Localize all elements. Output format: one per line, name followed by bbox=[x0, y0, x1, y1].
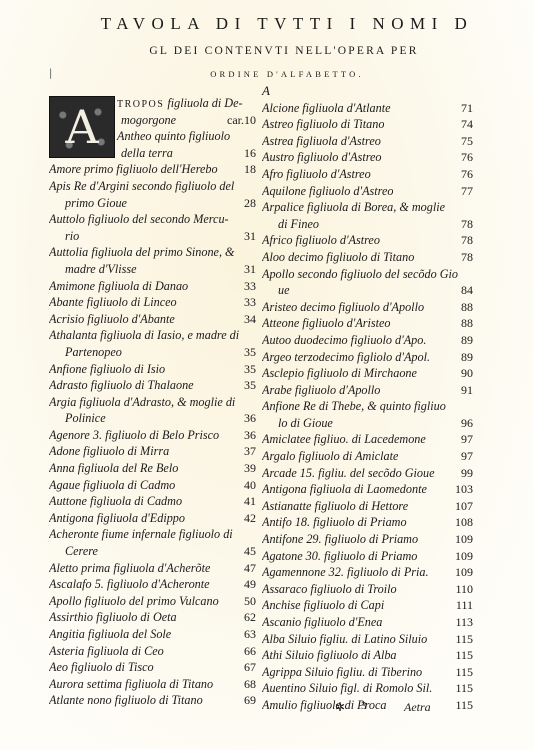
page-reference: 78 bbox=[457, 249, 473, 266]
index-entry: Agrippa Siluio figliu. di Tiberino115 bbox=[262, 664, 473, 681]
entry-text: Anfione figliuolo di Isio bbox=[49, 361, 165, 378]
page-reference: 115 bbox=[451, 647, 473, 664]
entry-text: Ascalafo 5. figliuolo d'Acheronte bbox=[49, 576, 210, 593]
entry-text: Alcione figliuola d'Atlante bbox=[262, 100, 391, 117]
page-reference: 77 bbox=[457, 183, 473, 200]
page-reference: 103 bbox=[451, 481, 473, 498]
index-entry: Atlante nono figliuolo di Titano69 bbox=[49, 692, 256, 709]
index-entry: Aristeo decimo figliuolo d'Apollo88 bbox=[262, 299, 473, 316]
margin-mark: | bbox=[49, 68, 52, 79]
index-entry: Assirthio figliuolo di Oeta62 bbox=[49, 609, 256, 626]
index-entry: Afro figliuolo d'Astreo76 bbox=[262, 166, 473, 183]
page-reference: 66 bbox=[240, 643, 256, 660]
index-entry-continuation: Cerere45 bbox=[49, 543, 256, 560]
entry-text: Astrea figliuola d'Astreo bbox=[262, 133, 381, 150]
index-entry: Atteone figliuolo d'Aristeo88 bbox=[262, 315, 473, 332]
page-reference: 91 bbox=[457, 382, 473, 399]
index-entry: Anna figliuola del Re Belo39 bbox=[49, 460, 256, 477]
page-reference: 35 bbox=[240, 377, 256, 394]
page-reference: 89 bbox=[457, 349, 473, 366]
entry-text: Astreo figliuolo di Titano bbox=[262, 116, 384, 133]
entry-text: Atlante nono figliuolo di Titano bbox=[49, 692, 203, 709]
page-reference: 115 bbox=[451, 697, 473, 714]
entry-text: Arpalice figliuola di Borea, & moglie bbox=[262, 199, 445, 216]
index-entry-continuation: della terra16 bbox=[113, 145, 256, 162]
entry-text: Apis Re d'Argini secondo figliuolo del bbox=[49, 178, 234, 195]
entry-text: lo di Gioue bbox=[262, 415, 333, 432]
page-reference: 45 bbox=[240, 543, 256, 560]
index-entry-continuation: Partenopeo35 bbox=[49, 344, 256, 361]
entry-text: Aletto prima figliuola d'Acherõte bbox=[49, 560, 210, 577]
entry-text: Asclepio figliuolo di Mirchaone bbox=[262, 365, 417, 382]
book-page: TAVOLA DI TVTTI I NOMI D GL DEI CONTENVT… bbox=[0, 0, 534, 750]
index-entry: Agaue figliuola di Cadmo40 bbox=[49, 477, 256, 494]
entry-text: Argeo terzodecimo figliolo d'Apol. bbox=[262, 349, 430, 366]
page-reference: 109 bbox=[451, 548, 473, 565]
entry-text: Polinice bbox=[49, 410, 106, 427]
page-reference: 67 bbox=[240, 659, 256, 676]
entry-text: Assirthio figliuolo di Oeta bbox=[49, 609, 177, 626]
dropcap-block: A TROPOS figliuola di De-mogorgonecar.10… bbox=[49, 95, 256, 161]
entry-text: Auttolia figliuola del primo Sinone, & bbox=[49, 244, 235, 261]
page-reference: 39 bbox=[240, 460, 256, 477]
entry-smallcaps: TROPOS bbox=[117, 99, 164, 110]
index-entry: Auttone figliuola di Cadmo41 bbox=[49, 493, 256, 510]
entry-text: Apollo figliuolo del primo Vulcano bbox=[49, 593, 219, 610]
index-column-left: A TROPOS figliuola di De-mogorgonecar.10… bbox=[49, 95, 256, 709]
index-entry: Anfione Re di Thebe, & quinto figliuo bbox=[262, 398, 473, 415]
entry-text: Athi Siluio figliuolo di Alba bbox=[262, 647, 397, 664]
entry-text: Auttolo figliuolo del secondo Mercu- bbox=[49, 211, 229, 228]
page-reference: 76 bbox=[457, 149, 473, 166]
index-entry: Asteria figliuola di Ceo66 bbox=[49, 643, 256, 660]
entry-text: Antheo quinto figliuolo bbox=[113, 128, 230, 145]
index-entry: Astianatte figliuolo di Hettore107 bbox=[262, 498, 473, 515]
page-reference: 41 bbox=[240, 493, 256, 510]
index-entry: Alba Siluio figliu. di Latino Siluio115 bbox=[262, 631, 473, 648]
page-reference: 99 bbox=[457, 465, 473, 482]
page-reference: 33 bbox=[240, 278, 256, 295]
page-reference: 110 bbox=[451, 581, 473, 598]
page-reference: 97 bbox=[457, 431, 473, 448]
entry-text: Amimone figliuola di Danao bbox=[49, 278, 188, 295]
index-entry: Aletto prima figliuola d'Acherõte47 bbox=[49, 560, 256, 577]
page-reference: 115 bbox=[451, 664, 473, 681]
page-title-line-3: ORDINE D'ALFABETTO. bbox=[0, 69, 534, 79]
entry-text: Acrisio figliuolo d'Abante bbox=[49, 311, 175, 328]
entry-text: Anfione Re di Thebe, & quinto figliuo bbox=[262, 398, 446, 415]
entry-text: Auttone figliuola di Cadmo bbox=[49, 493, 182, 510]
index-entry: Astreo figliuolo di Titano74 bbox=[262, 116, 473, 133]
entry-text: Argalo figliuolo di Amiclate bbox=[262, 448, 398, 465]
entry-text: della terra bbox=[113, 145, 173, 162]
page-reference: 89 bbox=[457, 332, 473, 349]
index-entry: Auentino Siluio figl. di Romolo Sil.115 bbox=[262, 680, 473, 697]
index-entry-continuation: di Fineo78 bbox=[262, 216, 473, 233]
ornamental-initial-letter: A bbox=[65, 100, 98, 154]
entry-text: Antigona figliuola d'Edippo bbox=[49, 510, 185, 527]
page-reference: 47 bbox=[240, 560, 256, 577]
entry-text: Arcade 15. figliu. del secõdo Gioue bbox=[262, 465, 435, 482]
index-entry: Acrisio figliuolo d'Abante34 bbox=[49, 311, 256, 328]
page-reference: 115 bbox=[451, 680, 473, 697]
index-entry-continuation: madre d'Vlisse31 bbox=[49, 261, 256, 278]
entry-text: primo Gioue bbox=[49, 195, 127, 212]
right-entry-list: Alcione figliuola d'Atlante71Astreo figl… bbox=[262, 100, 473, 714]
page-reference: 115 bbox=[451, 631, 473, 648]
page-reference: 63 bbox=[240, 626, 256, 643]
page-reference: 40 bbox=[240, 477, 256, 494]
entry-text: Partenopeo bbox=[49, 344, 122, 361]
page-reference: 97 bbox=[457, 448, 473, 465]
index-entry: Auttolia figliuola del primo Sinone, & bbox=[49, 244, 256, 261]
index-entry: Agenore 3. figliuolo di Belo Prisco36 bbox=[49, 427, 256, 444]
index-entry: Amimone figliuola di Danao33 bbox=[49, 278, 256, 295]
entry-text: Acheronte fiume infernale figliuolo di bbox=[49, 526, 233, 543]
entry-text: Anchise figliuolo di Capi bbox=[262, 597, 384, 614]
index-entry: Angitia figliuola del Sole63 bbox=[49, 626, 256, 643]
entry-text: Adone figliuolo di Mirra bbox=[49, 443, 169, 460]
index-entry-continuation: primo Gioue28 bbox=[49, 195, 256, 212]
page-title-line-2: GL DEI CONTENVTI NELL'OPERA PER bbox=[0, 45, 534, 57]
index-entry: Africo figliuolo d'Astreo78 bbox=[262, 232, 473, 249]
index-entry: Argeo terzodecimo figliolo d'Apol.89 bbox=[262, 349, 473, 366]
entry-text: Apollo secondo figliuolo del secõdo Gio bbox=[262, 266, 458, 283]
entry-text: Aeo figliuolo di Tisco bbox=[49, 659, 154, 676]
entry-text: Agatone 30. figliuolo di Priamo bbox=[262, 548, 417, 565]
entry-text: rio bbox=[49, 228, 79, 245]
entry-text: Atteone figliuolo d'Aristeo bbox=[262, 315, 391, 332]
dropcap-lines: TROPOS figliuola di De-mogorgonecar.10An… bbox=[113, 95, 256, 161]
entry-text: Alba Siluio figliu. di Latino Siluio bbox=[262, 631, 427, 648]
page-reference: 113 bbox=[451, 614, 473, 631]
entry-text: Antifo 18. figliuolo di Priamo bbox=[262, 514, 407, 531]
entry-text: Ascanio figliuolo d'Enea bbox=[262, 614, 382, 631]
index-entry: Arpalice figliuola di Borea, & moglie bbox=[262, 199, 473, 216]
signature-number: 3 bbox=[361, 700, 367, 712]
page-reference: 109 bbox=[451, 531, 473, 548]
index-entry: Arcade 15. figliu. del secõdo Gioue99 bbox=[262, 465, 473, 482]
index-entry: Aeo figliuolo di Tisco67 bbox=[49, 659, 256, 676]
section-letter-heading: A bbox=[262, 83, 473, 100]
index-entry: Antifone 29. figliuolo di Priamo109 bbox=[262, 531, 473, 548]
page-reference: 88 bbox=[457, 299, 473, 316]
page-reference: 71 bbox=[457, 100, 473, 117]
page-title-line-1: TAVOLA DI TVTTI I NOMI D bbox=[0, 14, 534, 34]
page-reference: 84 bbox=[457, 282, 473, 299]
index-entry: Amulio figliuolo di Proca115 bbox=[262, 697, 473, 714]
index-entry: Ascanio figliuolo d'Enea113 bbox=[262, 614, 473, 631]
left-entry-list: Amore primo figliuolo dell'Herebo18Apis … bbox=[49, 161, 256, 709]
entry-text: Aristeo decimo figliuolo d'Apollo bbox=[262, 299, 424, 316]
page-reference: 88 bbox=[457, 315, 473, 332]
page-reference: 78 bbox=[457, 232, 473, 249]
index-entry: Agatone 30. figliuolo di Priamo109 bbox=[262, 548, 473, 565]
index-entry: Agamennone 32. figliuolo di Pria.109 bbox=[262, 564, 473, 581]
signature-mark-icon: ✲ bbox=[335, 700, 345, 715]
page-reference: 69 bbox=[240, 692, 256, 709]
entry-text: Assaraco figliuolo di Troilo bbox=[262, 581, 397, 598]
entry-text: madre d'Vlisse bbox=[49, 261, 137, 278]
entry-text: Abante figliuolo di Linceo bbox=[49, 294, 177, 311]
page-reference: 109 bbox=[451, 564, 473, 581]
entry-text: Arabe figliuolo d'Apollo bbox=[262, 382, 380, 399]
index-entry: Athi Siluio figliuolo di Alba115 bbox=[262, 647, 473, 664]
entry-text: Amore primo figliuolo dell'Herebo bbox=[49, 161, 218, 178]
page-reference: 34 bbox=[240, 311, 256, 328]
entry-text: Amulio figliuolo di Proca bbox=[262, 697, 386, 714]
index-entry: Anfione figliuolo di Isio35 bbox=[49, 361, 256, 378]
page-reference: 107 bbox=[451, 498, 473, 515]
entry-text: Amiclatee figliuo. di Lacedemone bbox=[262, 431, 426, 448]
page-reference: 31 bbox=[240, 261, 256, 278]
entry-text: di Fineo bbox=[262, 216, 319, 233]
index-entry: Amore primo figliuolo dell'Herebo18 bbox=[49, 161, 256, 178]
index-entry: Antifo 18. figliuolo di Priamo108 bbox=[262, 514, 473, 531]
page-reference: 18 bbox=[240, 161, 256, 178]
entry-text: mogorgone bbox=[113, 112, 176, 129]
page-reference: 42 bbox=[240, 510, 256, 527]
entry-text: Athalanta figliuola di Iasio, e madre di bbox=[49, 327, 239, 344]
entry-text: Afro figliuolo d'Astreo bbox=[262, 166, 371, 183]
page-reference: 35 bbox=[240, 344, 256, 361]
index-entry: Aquilone figliuolo d'Astreo77 bbox=[262, 183, 473, 200]
index-entry: Argalo figliuolo di Amiclate97 bbox=[262, 448, 473, 465]
index-entry-continuation: lo di Gioue96 bbox=[262, 415, 473, 432]
index-entry-continuation: mogorgonecar.10 bbox=[113, 112, 256, 129]
entry-text: Adrasto figliuolo di Thalaone bbox=[49, 377, 194, 394]
page-reference: 33 bbox=[240, 294, 256, 311]
index-entry: TROPOS figliuola di De- bbox=[113, 95, 256, 112]
index-entry: Aloo decimo figliuolo di Titano78 bbox=[262, 249, 473, 266]
page-reference: 75 bbox=[457, 133, 473, 150]
entry-text: Aurora settima figliuola di Titano bbox=[49, 676, 213, 693]
entry-text: Autoo duodecimo figliuolo d'Apo. bbox=[262, 332, 426, 349]
entry-text: Angitia figliuola del Sole bbox=[49, 626, 171, 643]
entry-text: Aloo decimo figliuolo di Titano bbox=[262, 249, 414, 266]
entry-text: Aquilone figliuolo d'Astreo bbox=[262, 183, 393, 200]
page-reference: 76 bbox=[457, 166, 473, 183]
index-entry-continuation: ue84 bbox=[262, 282, 473, 299]
index-entry: Austro figliuolo d'Astreo76 bbox=[262, 149, 473, 166]
page-reference: 35 bbox=[240, 361, 256, 378]
entry-text: Antigona figliuola di Laomedonte bbox=[262, 481, 427, 498]
index-column-right: A Alcione figliuola d'Atlante71Astreo fi… bbox=[262, 83, 473, 714]
page-reference: 111 bbox=[452, 597, 473, 614]
page-reference: 96 bbox=[457, 415, 473, 432]
entry-text: Agrippa Siluio figliu. di Tiberino bbox=[262, 664, 422, 681]
index-entry-continuation: Polinice36 bbox=[49, 410, 256, 427]
page-reference: 68 bbox=[240, 676, 256, 693]
index-entry: Antigona figliuola d'Edippo42 bbox=[49, 510, 256, 527]
index-entry: Autoo duodecimo figliuolo d'Apo.89 bbox=[262, 332, 473, 349]
index-entry: Anchise figliuolo di Capi111 bbox=[262, 597, 473, 614]
page-reference: 28 bbox=[240, 195, 256, 212]
entry-text: Agaue figliuola di Cadmo bbox=[49, 477, 175, 494]
index-entry: Argia figliuola d'Adrasto, & moglie di bbox=[49, 394, 256, 411]
index-entry: Assaraco figliuolo di Troilo110 bbox=[262, 581, 473, 598]
index-entry: Ascalafo 5. figliuolo d'Acheronte49 bbox=[49, 576, 256, 593]
page-reference: 37 bbox=[240, 443, 256, 460]
page-reference: 31 bbox=[240, 228, 256, 245]
index-entry: Asclepio figliuolo di Mirchaone90 bbox=[262, 365, 473, 382]
index-entry: Abante figliuolo di Linceo33 bbox=[49, 294, 256, 311]
entry-text: Asteria figliuola di Ceo bbox=[49, 643, 164, 660]
entry-text: ue bbox=[262, 282, 290, 299]
page-reference: 36 bbox=[240, 410, 256, 427]
entry-text: Agenore 3. figliuolo di Belo Prisco bbox=[49, 427, 219, 444]
page-reference: 50 bbox=[240, 593, 256, 610]
index-entry: Arabe figliuolo d'Apollo91 bbox=[262, 382, 473, 399]
index-entry: Alcione figliuola d'Atlante71 bbox=[262, 100, 473, 117]
entry-text: Auentino Siluio figl. di Romolo Sil. bbox=[262, 680, 432, 697]
entry-text: Africo figliuolo d'Astreo bbox=[262, 232, 380, 249]
index-entry: Antheo quinto figliuolo bbox=[113, 128, 256, 145]
ornamental-initial-icon: A bbox=[49, 96, 115, 158]
entry-text: Austro figliuolo d'Astreo bbox=[262, 149, 382, 166]
index-entry: Antigona figliuola di Laomedonte103 bbox=[262, 481, 473, 498]
page-reference: 49 bbox=[240, 576, 256, 593]
page-reference: 90 bbox=[457, 365, 473, 382]
page-reference: 78 bbox=[457, 216, 473, 233]
entry-text-rest: figliuola di De- bbox=[164, 96, 242, 110]
page-reference: 16 bbox=[240, 145, 256, 162]
index-entry: Athalanta figliuola di Iasio, e madre di bbox=[49, 327, 256, 344]
page-reference: car.10 bbox=[223, 112, 256, 129]
page-reference: 36 bbox=[240, 427, 256, 444]
index-entry: Apollo secondo figliuolo del secõdo Gio bbox=[262, 266, 473, 283]
index-entry: Apollo figliuolo del primo Vulcano50 bbox=[49, 593, 256, 610]
entry-text: Cerere bbox=[49, 543, 98, 560]
page-reference: 108 bbox=[451, 514, 473, 531]
entry-text: Antifone 29. figliuolo di Priamo bbox=[262, 531, 418, 548]
index-entry: Acheronte fiume infernale figliuolo di bbox=[49, 526, 256, 543]
page-reference: 74 bbox=[457, 116, 473, 133]
index-entry: Adone figliuolo di Mirra37 bbox=[49, 443, 256, 460]
index-entry-continuation: rio31 bbox=[49, 228, 256, 245]
entry-text: Argia figliuola d'Adrasto, & moglie di bbox=[49, 394, 235, 411]
index-entry: Auttolo figliuolo del secondo Mercu- bbox=[49, 211, 256, 228]
index-entry: Apis Re d'Argini secondo figliuolo del bbox=[49, 178, 256, 195]
index-entry: Astrea figliuola d'Astreo75 bbox=[262, 133, 473, 150]
entry-text: Astianatte figliuolo di Hettore bbox=[262, 498, 408, 515]
catchword: Aetra bbox=[404, 700, 431, 715]
index-entry: Amiclatee figliuo. di Lacedemone97 bbox=[262, 431, 473, 448]
page-reference: 62 bbox=[240, 609, 256, 626]
entry-text: Anna figliuola del Re Belo bbox=[49, 460, 178, 477]
index-entry: Aurora settima figliuola di Titano68 bbox=[49, 676, 256, 693]
index-entry: Adrasto figliuolo di Thalaone35 bbox=[49, 377, 256, 394]
entry-text: Agamennone 32. figliuolo di Pria. bbox=[262, 564, 429, 581]
